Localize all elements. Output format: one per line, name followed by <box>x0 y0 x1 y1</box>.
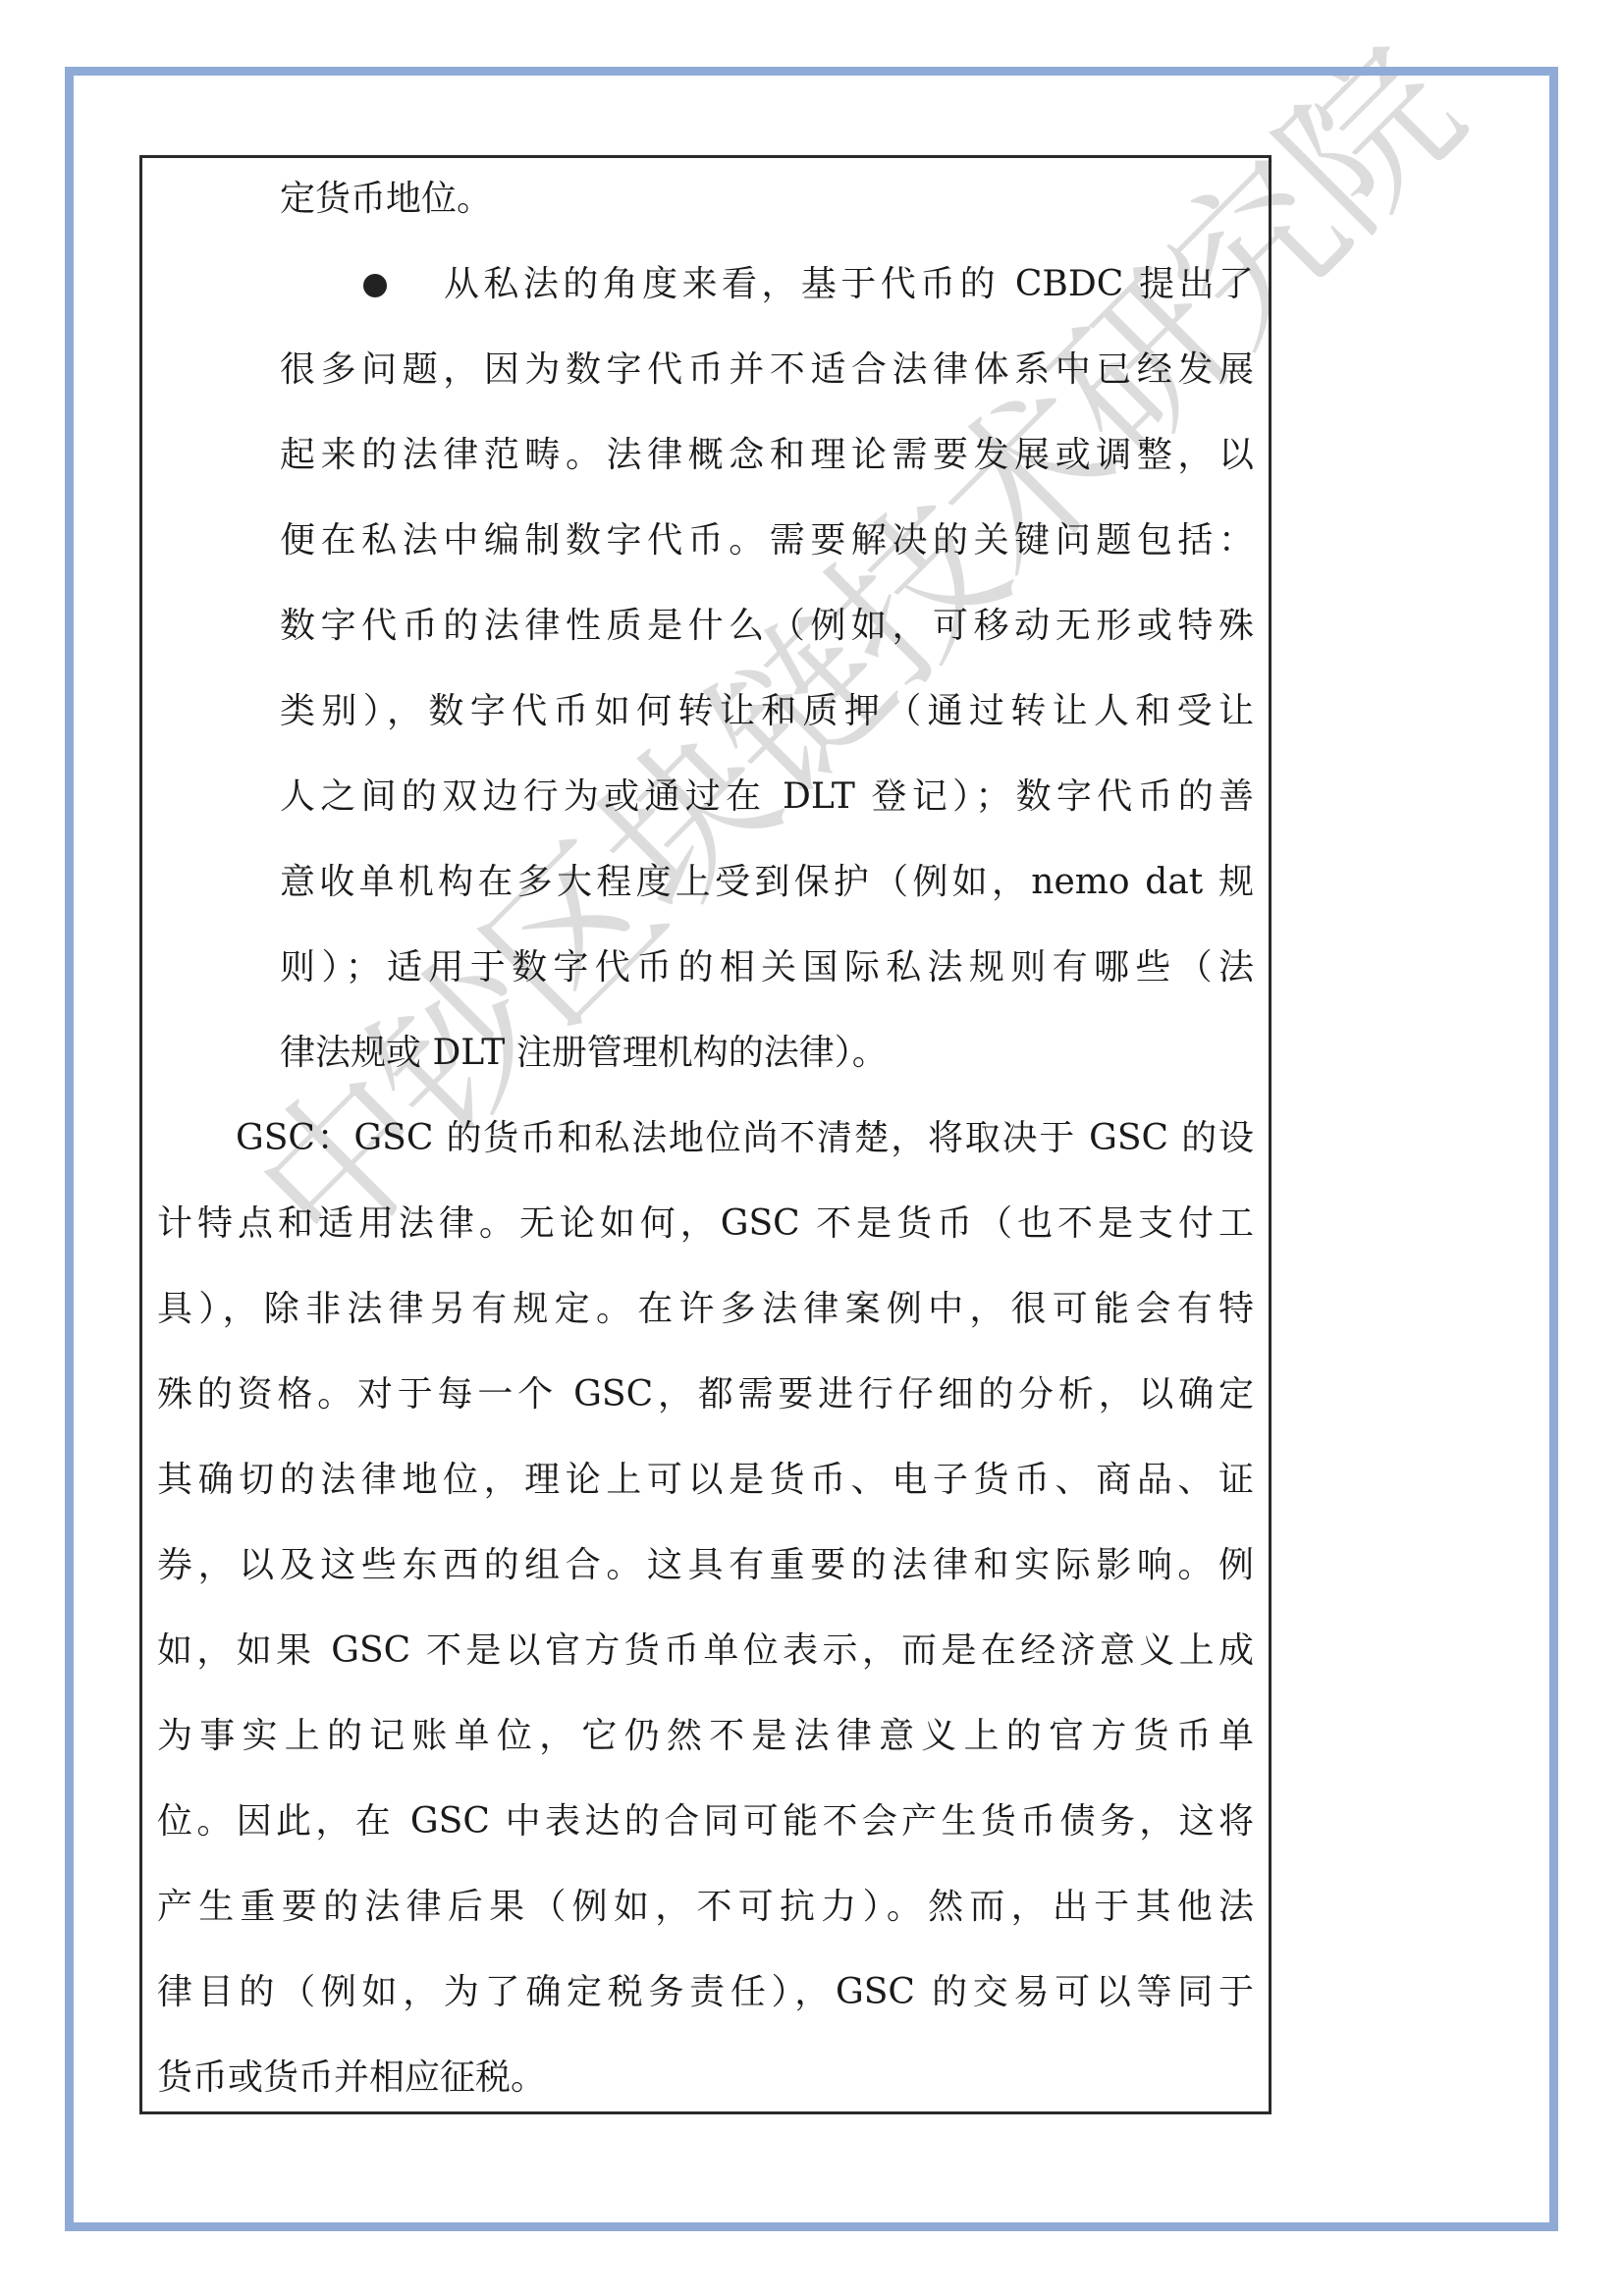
gsc-line: 殊的资格。对于每一个 GSC，都需要进行仔细的分析，以确定 <box>157 1371 1254 1418</box>
gsc-line: 货币或货币并相应征税。 <box>157 2055 1254 2102</box>
document-body: 定货币地位。 从私法的角度来看，基于代币的 CBDC 提出了 很多问题，因为数字… <box>0 0 1623 2296</box>
bullet-line: 意收单机构在多大程度上受到保护（例如，nemo dat 规 <box>280 859 1254 906</box>
bullet-icon <box>363 274 387 297</box>
gsc-line: 产生重要的法律后果（例如，不可抗力）。然而，出于其他法 <box>157 1884 1254 1931</box>
gsc-line: 为事实上的记账单位，它仍然不是法律意义上的官方货币单 <box>157 1713 1254 1760</box>
gsc-line: 律目的（例如，为了确定税务责任），GSC 的交易可以等同于 <box>157 1969 1254 2016</box>
bullet-line: 数字代币的法律性质是什么（例如，可移动无形或特殊 <box>280 603 1254 650</box>
bullet-line: 从私法的角度来看，基于代币的 CBDC 提出了 <box>444 261 1254 308</box>
gsc-line: GSC：GSC 的货币和私法地位尚不清楚，将取决于 GSC 的设 <box>236 1115 1254 1162</box>
bullet-line: 人之间的双边行为或通过在 DLT 登记）；数字代币的善 <box>280 774 1254 821</box>
bullet-line: 律法规或 DLT 注册管理机构的法律）。 <box>280 1030 1254 1077</box>
gsc-line: 计特点和适用法律。无论如何，GSC 不是货币（也不是支付工 <box>157 1201 1254 1248</box>
bullet-line: 类别），数字代币如何转让和质押（通过转让人和受让 <box>280 688 1254 735</box>
continuation-line: 定货币地位。 <box>280 176 1254 223</box>
gsc-line: 如，如果 GSC 不是以官方货币单位表示，而是在经济意义上成 <box>157 1628 1254 1675</box>
bullet-line: 便在私法中编制数字代币。需要解决的关键问题包括： <box>280 517 1254 564</box>
bullet-line: 起来的法律范畴。法律概念和理论需要发展或调整，以 <box>280 432 1254 479</box>
gsc-line: 位。因此，在 GSC 中表达的合同可能不会产生货币债务，这将 <box>157 1798 1254 1845</box>
gsc-line: 券，以及这些东西的组合。这具有重要的法律和实际影响。例 <box>157 1542 1254 1589</box>
bullet-line: 则）；适用于数字代币的相关国际私法规则有哪些（法 <box>280 944 1254 991</box>
gsc-line: 其确切的法律地位，理论上可以是货币、电子货币、商品、证 <box>157 1457 1254 1504</box>
gsc-line: 具），除非法律另有规定。在许多法律案例中，很可能会有特 <box>157 1286 1254 1333</box>
bullet-line: 很多问题，因为数字代币并不适合法律体系中已经发展 <box>280 347 1254 394</box>
